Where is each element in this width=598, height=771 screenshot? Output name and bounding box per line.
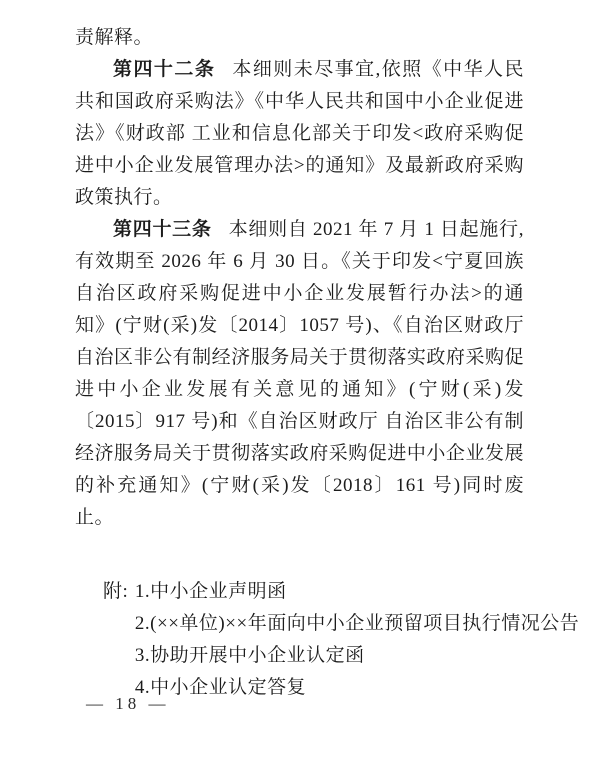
attachments-list: 1.中小企业声明函 2.(××单位)××年面向中小企业预留项目执行情况公告 3.… xyxy=(135,576,579,704)
attachment-item-1: 1.中小企业声明函 xyxy=(135,576,579,608)
attachment-item-4: 4.中小企业认定答复 xyxy=(135,672,579,704)
attachments-section: 附: 1.中小企业声明函 2.(××单位)××年面向中小企业预留项目执行情况公告… xyxy=(75,576,524,704)
article-43-heading: 第四十三条 xyxy=(113,219,212,240)
document-body: 责解释。 第四十二条本细则未尽事宜,依照《中华人民共和国政府采购法》《中华人民共… xyxy=(75,22,524,534)
paragraph-continuation: 责解释。 xyxy=(75,22,524,54)
document-page: 责解释。 第四十二条本细则未尽事宜,依照《中华人民共和国政府采购法》《中华人民共… xyxy=(0,0,598,771)
paragraph-article-43: 第四十三条本细则自 2021 年 7 月 1 日起施行,有效期至 2026 年 … xyxy=(75,214,524,534)
article-42-heading: 第四十二条 xyxy=(113,59,215,80)
attachments-label: 附: xyxy=(103,576,128,608)
attachment-item-2: 2.(××单位)××年面向中小企业预留项目执行情况公告 xyxy=(135,608,579,640)
article-43-text: 本细则自 2021 年 7 月 1 日起施行,有效期至 2026 年 6 月 3… xyxy=(75,219,524,528)
page-number: — 18 — xyxy=(86,694,170,714)
article-42-text: 本细则未尽事宜,依照《中华人民共和国政府采购法》《中华人民共和国中小企业促进法》… xyxy=(75,59,524,208)
paragraph-article-42: 第四十二条本细则未尽事宜,依照《中华人民共和国政府采购法》《中华人民共和国中小企… xyxy=(75,54,524,214)
attachment-item-3: 3.协助开展中小企业认定函 xyxy=(135,640,579,672)
